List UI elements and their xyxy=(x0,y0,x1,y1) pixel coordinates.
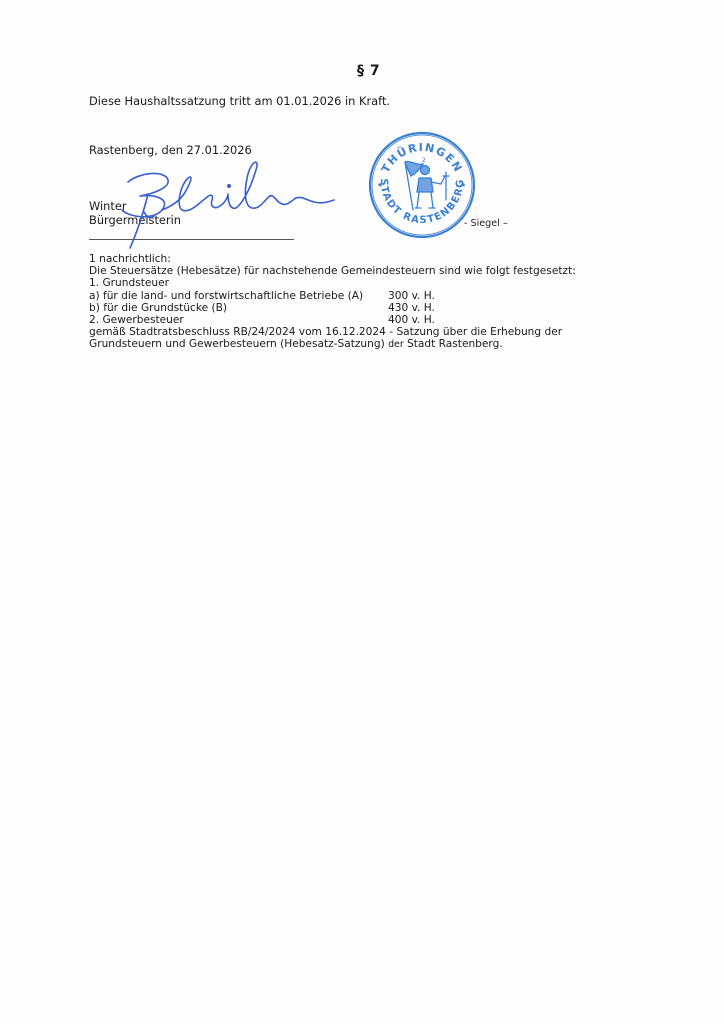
tax-item-rate: 400 v. H. xyxy=(388,314,435,326)
tax-item-rate: 300 v. H. xyxy=(388,290,435,302)
city-seal-icon: THÜRINGEN STADT RASTENBERG ★ ★ 2 xyxy=(367,130,477,240)
tax-item-label: a) für die land- und forstwirtschaftlich… xyxy=(89,290,363,302)
legal-basis-article: der xyxy=(388,339,404,350)
svg-text:★: ★ xyxy=(377,181,383,189)
tax-item-label: b) für die Grundstücke (B) xyxy=(89,302,227,314)
tax-item-label: 2. Gewerbesteuer xyxy=(89,314,184,326)
legal-basis-line-1: gemäß Stadtratsbeschluss RB/24/2024 vom … xyxy=(89,326,576,338)
tax-item-rate: 430 v. H. xyxy=(388,302,435,314)
tax-item-row: 2. Gewerbesteuer 400 v. H. xyxy=(89,314,576,326)
notes-intro: Die Steuersätze (Hebesätze) für nachsteh… xyxy=(89,265,576,277)
effective-date-statement: Diese Haushaltssatzung tritt am 01.01.20… xyxy=(89,95,390,108)
seal-caption: - Siegel – xyxy=(464,218,508,229)
tax-rate-notes: 1 nachrichtlich: Die Steuersätze (Hebesä… xyxy=(89,253,576,351)
section-heading: § 7 xyxy=(357,63,380,79)
legal-basis-text: Grundsteuern und Gewerbesteuern (Hebesat… xyxy=(89,338,388,350)
handwritten-signature-icon xyxy=(110,150,340,250)
legal-basis-city: Stadt Rastenberg. xyxy=(404,338,503,350)
legal-basis-line-2: Grundsteuern und Gewerbesteuern (Hebesat… xyxy=(89,338,576,350)
tax-item-row: 1. Grundsteuer xyxy=(89,277,576,289)
tax-item-row: a) für die land- und forstwirtschaftlich… xyxy=(89,290,576,302)
tax-item-label: 1. Grundsteuer xyxy=(89,277,169,289)
document-page: § 7 Diese Haushaltssatzung tritt am 01.0… xyxy=(0,0,724,1024)
svg-text:2: 2 xyxy=(422,157,426,164)
svg-text:★: ★ xyxy=(460,181,466,189)
tax-item-row: b) für die Grundstücke (B) 430 v. H. xyxy=(89,302,576,314)
notes-heading: 1 nachrichtlich: xyxy=(89,253,576,265)
